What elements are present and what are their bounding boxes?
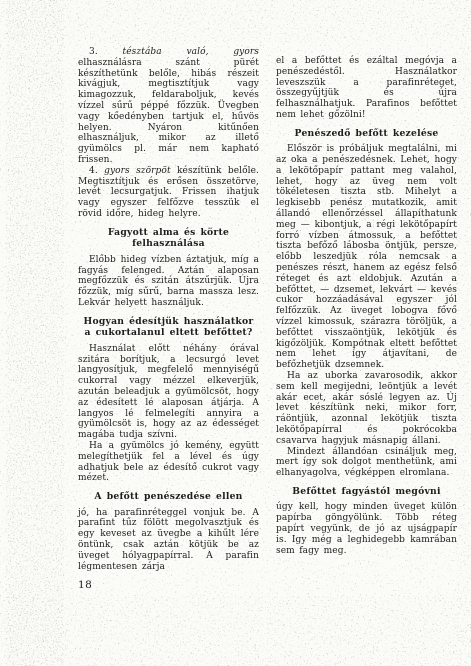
emphasized-term: gyors szörpöt (104, 166, 171, 176)
left-column: 3. tésztába való, gyors elhasználásra sz… (78, 47, 259, 572)
paragraph-text: elhasználásra szánt pürét készíthetünk b… (78, 58, 259, 165)
paragraph: úgy kell, hogy minden üveget külön papír… (276, 502, 457, 556)
section-heading-moldy-preserve-treatment: Penészedő befőtt kezelése (278, 128, 455, 140)
paragraph: jó, ha parafinréteggel vonjuk be. A para… (78, 508, 259, 573)
section-heading-sweetening-sugarless-preserves: Hogyan édesítjük használatkor a cukortal… (80, 316, 257, 339)
paragraph: Előbb hideg vízben áztatjuk, míg a fagyá… (78, 255, 259, 309)
item-number: 4. (89, 166, 104, 176)
paragraph-item-4: 4. gyors szörpöt készítünk belőle. Megti… (78, 166, 259, 220)
page-number: 18 (78, 579, 92, 591)
emphasized-term: tésztába való, gyors (123, 47, 259, 57)
item-number: 3. (89, 47, 123, 57)
section-heading-frozen-apple-pear: Fagyott alma és körte felhasználása (80, 227, 257, 250)
section-heading-protect-from-freezing: Befőttet fagyástól megóvni (278, 486, 455, 498)
paragraph: Mindezt állandóan csináljuk meg, mert íg… (276, 447, 457, 479)
scanned-book-page: 3. tésztába való, gyors elhasználásra sz… (0, 0, 471, 666)
paragraph-continuation: el a befőttet és ezáltal megóvja a penés… (276, 56, 457, 121)
section-heading-against-mold: A befőtt penészedése ellen (80, 491, 257, 503)
paragraph: Ha a gyümölcs jó kemény, együtt melegíth… (78, 441, 259, 484)
paragraph: Ha az uborka zavarosodik, akkor sem kell… (276, 371, 457, 447)
right-column: el a befőttet és ezáltal megóvja a penés… (276, 47, 457, 556)
paragraph-item-3: 3. tésztába való, gyors elhasználásra sz… (78, 47, 259, 166)
paragraph: Használat előtt néhány órával szitára bo… (78, 344, 259, 441)
paragraph: Először is próbáljuk megtalálni, mi az o… (276, 144, 457, 371)
